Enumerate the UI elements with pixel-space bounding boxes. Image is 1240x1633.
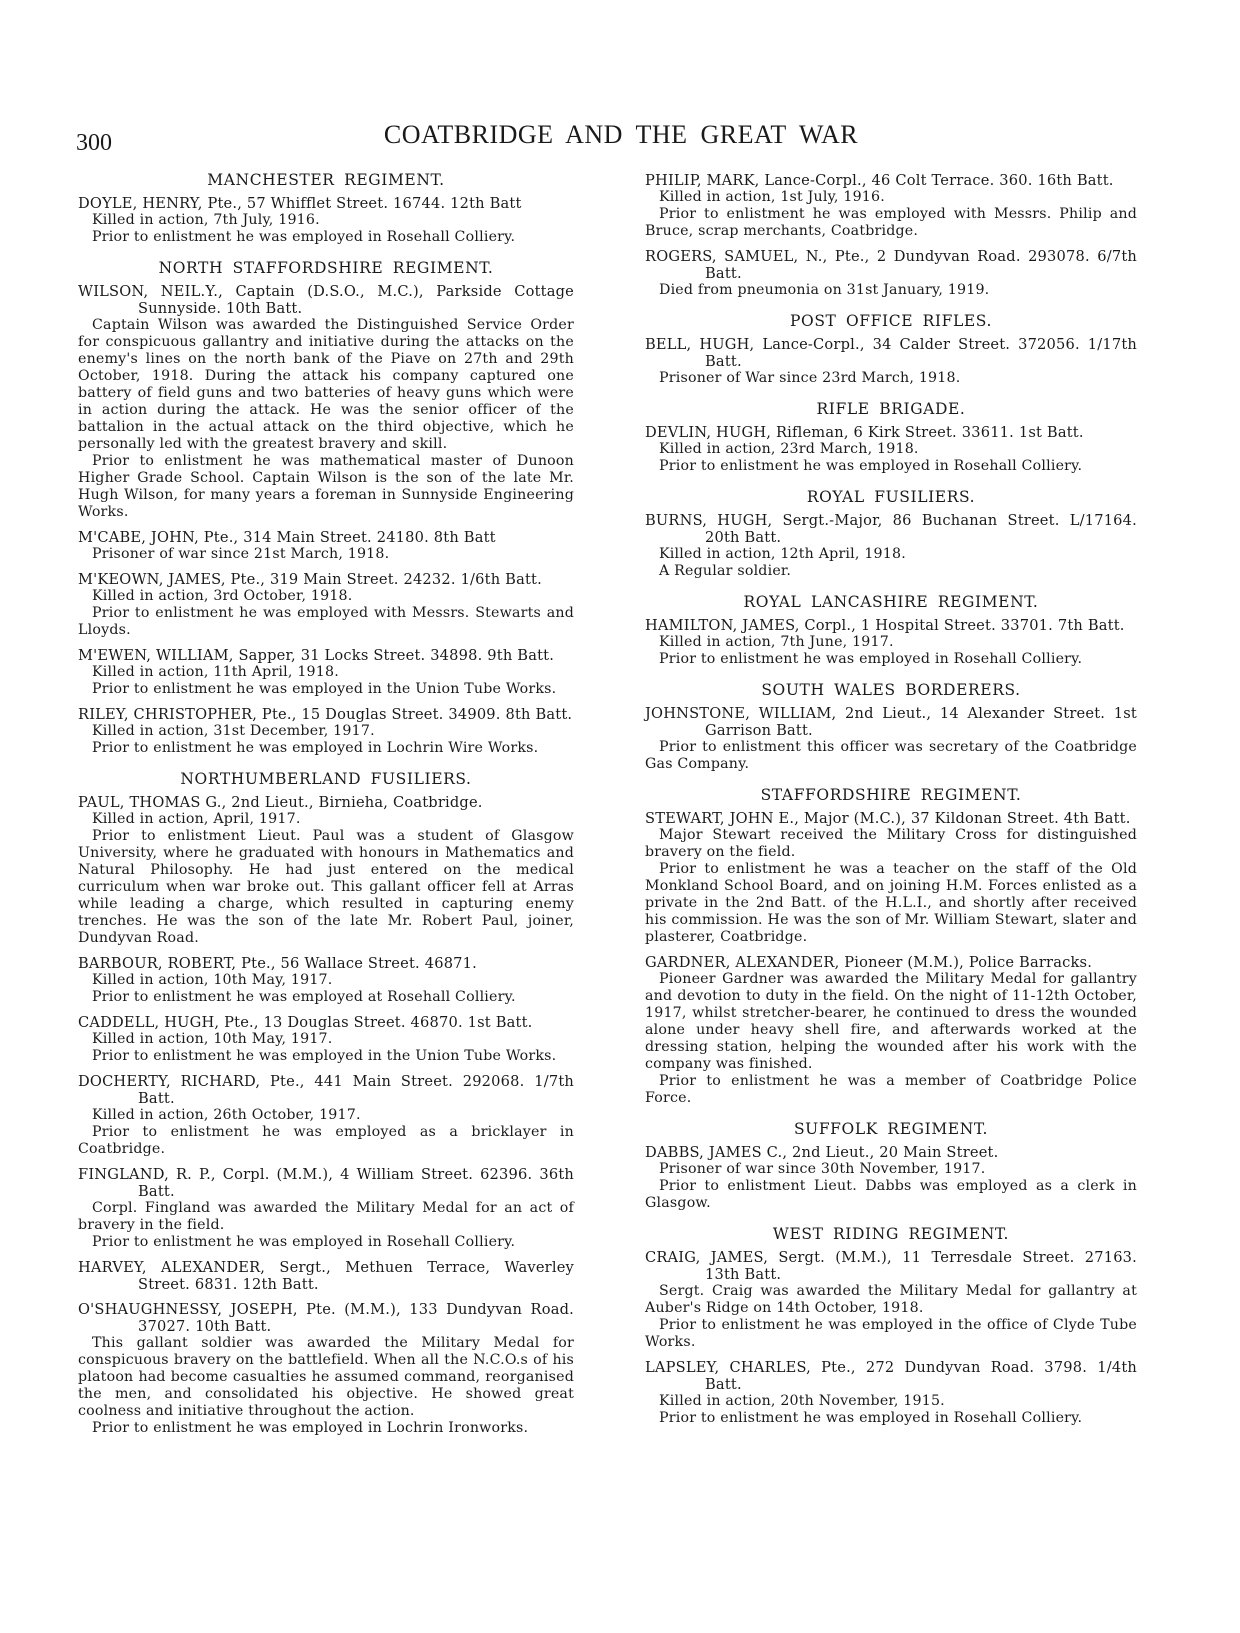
entry-paragraph: Killed in action, 1st July, 1916.: [645, 189, 1137, 206]
entry-paragraph: Prisoner of war since 30th November, 191…: [645, 1161, 1137, 1178]
regiment-heading: SUFFOLK REGIMENT.: [645, 1121, 1137, 1138]
entry-paragraph: Killed in action, April, 1917.: [78, 811, 574, 828]
entry-paragraph: Prior to enlistment he was employed with…: [78, 605, 574, 639]
regiment-heading: WEST RIDING REGIMENT.: [645, 1226, 1137, 1243]
entry-paragraph: Prior to enlistment he was employed at R…: [78, 989, 574, 1006]
entry-heading: LAPSLEY, CHARLES, Pte., 272 Dundyvan Roa…: [645, 1359, 1137, 1393]
entry-paragraph: Prior to enlistment he was employed in t…: [78, 681, 574, 698]
soldier-entry: PAUL, THOMAS G., 2nd Lieut., Birnieha, C…: [78, 794, 574, 947]
entry-paragraph: Prisoner of War since 23rd March, 1918.: [645, 370, 1137, 387]
entry-paragraph: Prior to enlistment he was employed in R…: [645, 651, 1137, 668]
entry-paragraph: Prior to enlistment he was mathematical …: [78, 453, 574, 521]
regiment-section: PHILIP, MARK, Lance-Corpl., 46 Colt Terr…: [645, 172, 1137, 299]
entry-heading: CADDELL, HUGH, Pte., 13 Douglas Street. …: [78, 1014, 574, 1031]
soldier-entry: BELL, HUGH, Lance-Corpl., 34 Calder Stre…: [645, 336, 1137, 387]
soldier-entry: BARBOUR, ROBERT, Pte., 56 Wallace Street…: [78, 955, 574, 1006]
entry-paragraph: Prior to enlistment he was employed with…: [645, 206, 1137, 240]
entry-paragraph: A Regular soldier.: [645, 563, 1137, 580]
soldier-entry: WILSON, NEIL.Y., Captain (D.S.O., M.C.),…: [78, 283, 574, 521]
soldier-entry: HAMILTON, JAMES, Corpl., 1 Hospital Stre…: [645, 617, 1137, 668]
regiment-heading: ROYAL LANCASHIRE REGIMENT.: [645, 594, 1137, 611]
regiment-section: SOUTH WALES BORDERERS.JOHNSTONE, WILLIAM…: [645, 682, 1137, 773]
entry-paragraph: Prior to enlistment he was employed in t…: [645, 1317, 1137, 1351]
entry-paragraph: Killed in action, 3rd October, 1918.: [78, 588, 574, 605]
entry-paragraph: Died from pneumonia on 31st January, 191…: [645, 282, 1137, 299]
regiment-section: NORTHUMBERLAND FUSILIERS.PAUL, THOMAS G.…: [78, 771, 574, 1437]
right-column: PHILIP, MARK, Lance-Corpl., 46 Colt Terr…: [645, 172, 1137, 1435]
regiment-section: ROYAL LANCASHIRE REGIMENT.HAMILTON, JAME…: [645, 594, 1137, 668]
entry-paragraph: Prior to enlistment he was employed in L…: [78, 1420, 574, 1437]
entry-heading: GARDNER, ALEXANDER, Pioneer (M.M.), Poli…: [645, 954, 1137, 971]
regiment-section: WEST RIDING REGIMENT.CRAIG, JAMES, Sergt…: [645, 1226, 1137, 1427]
soldier-entry: RILEY, CHRISTOPHER, Pte., 15 Douglas Str…: [78, 706, 574, 757]
entry-paragraph: Pioneer Gardner was awarded the Military…: [645, 971, 1137, 1073]
page-header: 300 COATBRIDGE AND THE GREAT WAR: [76, 118, 1166, 158]
regiment-heading: NORTH STAFFORDSHIRE REGIMENT.: [78, 260, 574, 277]
entry-heading: STEWART, JOHN E., Major (M.C.), 37 Kildo…: [645, 810, 1137, 827]
regiment-section: MANCHESTER REGIMENT.DOYLE, HENRY, Pte., …: [78, 172, 574, 246]
entry-paragraph: Major Stewart received the Military Cros…: [645, 827, 1137, 861]
regiment-heading: STAFFORDSHIRE REGIMENT.: [645, 787, 1137, 804]
entry-heading: O'SHAUGHNESSY, JOSEPH, Pte. (M.M.), 133 …: [78, 1301, 574, 1335]
soldier-entry: ROGERS, SAMUEL, N., Pte., 2 Dundyvan Roa…: [645, 248, 1137, 299]
soldier-entry: DABBS, JAMES C., 2nd Lieut., 20 Main Str…: [645, 1144, 1137, 1212]
soldier-entry: M'EWEN, WILLIAM, Sapper, 31 Locks Street…: [78, 647, 574, 698]
entry-paragraph: Killed in action, 31st December, 1917.: [78, 723, 574, 740]
entry-heading: WILSON, NEIL.Y., Captain (D.S.O., M.C.),…: [78, 283, 574, 317]
entry-heading: BELL, HUGH, Lance-Corpl., 34 Calder Stre…: [645, 336, 1137, 370]
regiment-section: RIFLE BRIGADE.DEVLIN, HUGH, Rifleman, 6 …: [645, 401, 1137, 475]
entry-paragraph: Prior to enlistment he was employed in R…: [78, 1234, 574, 1251]
soldier-entry: BURNS, HUGH, Sergt.-Major, 86 Buchanan S…: [645, 512, 1137, 580]
entry-heading: PHILIP, MARK, Lance-Corpl., 46 Colt Terr…: [645, 172, 1137, 189]
soldier-entry: DEVLIN, HUGH, Rifleman, 6 Kirk Street. 3…: [645, 424, 1137, 475]
entry-paragraph: Prior to enlistment he was employed in R…: [645, 1410, 1137, 1427]
entry-heading: PAUL, THOMAS G., 2nd Lieut., Birnieha, C…: [78, 794, 574, 811]
entry-paragraph: Killed in action, 26th October, 1917.: [78, 1107, 574, 1124]
entry-paragraph: Killed in action, 12th April, 1918.: [645, 546, 1137, 563]
regiment-section: STAFFORDSHIRE REGIMENT.STEWART, JOHN E.,…: [645, 787, 1137, 1107]
soldier-entry: O'SHAUGHNESSY, JOSEPH, Pte. (M.M.), 133 …: [78, 1301, 574, 1437]
entry-paragraph: Killed in action, 11th April, 1918.: [78, 664, 574, 681]
soldier-entry: FINGLAND, R. P., Corpl. (M.M.), 4 Willia…: [78, 1166, 574, 1251]
running-title: COATBRIDGE AND THE GREAT WAR: [76, 120, 1166, 150]
left-column: MANCHESTER REGIMENT.DOYLE, HENRY, Pte., …: [78, 172, 574, 1445]
entry-paragraph: Killed in action, 20th November, 1915.: [645, 1393, 1137, 1410]
entry-heading: BURNS, HUGH, Sergt.-Major, 86 Buchanan S…: [645, 512, 1137, 546]
regiment-section: POST OFFICE RIFLES.BELL, HUGH, Lance-Cor…: [645, 313, 1137, 387]
regiment-heading: POST OFFICE RIFLES.: [645, 313, 1137, 330]
regiment-heading: NORTHUMBERLAND FUSILIERS.: [78, 771, 574, 788]
soldier-entry: GARDNER, ALEXANDER, Pioneer (M.M.), Poli…: [645, 954, 1137, 1107]
entry-paragraph: Prior to enlistment Lieut. Paul was a st…: [78, 828, 574, 947]
regiment-section: ROYAL FUSILIERS.BURNS, HUGH, Sergt.-Majo…: [645, 489, 1137, 580]
entry-paragraph: Prior to enlistment he was a member of C…: [645, 1073, 1137, 1107]
entry-heading: BARBOUR, ROBERT, Pte., 56 Wallace Street…: [78, 955, 574, 972]
soldier-entry: CRAIG, JAMES, Sergt. (M.M.), 11 Terresda…: [645, 1249, 1137, 1351]
entry-heading: HAMILTON, JAMES, Corpl., 1 Hospital Stre…: [645, 617, 1137, 634]
entry-paragraph: Prior to enlistment he was employed as a…: [78, 1124, 574, 1158]
entry-paragraph: Killed in action, 23rd March, 1918.: [645, 441, 1137, 458]
entry-paragraph: Sergt. Craig was awarded the Military Me…: [645, 1283, 1137, 1317]
entry-paragraph: Prior to enlistment he was employed in R…: [645, 458, 1137, 475]
entry-heading: DEVLIN, HUGH, Rifleman, 6 Kirk Street. 3…: [645, 424, 1137, 441]
entry-heading: JOHNSTONE, WILLIAM, 2nd Lieut., 14 Alexa…: [645, 705, 1137, 739]
entry-paragraph: Captain Wilson was awarded the Distingui…: [78, 317, 574, 453]
entry-heading: M'EWEN, WILLIAM, Sapper, 31 Locks Street…: [78, 647, 574, 664]
entry-heading: FINGLAND, R. P., Corpl. (M.M.), 4 Willia…: [78, 1166, 574, 1200]
soldier-entry: JOHNSTONE, WILLIAM, 2nd Lieut., 14 Alexa…: [645, 705, 1137, 773]
soldier-entry: DOCHERTY, RICHARD, Pte., 441 Main Street…: [78, 1073, 574, 1158]
entry-heading: HARVEY, ALEXANDER, Sergt., Methuen Terra…: [78, 1259, 574, 1293]
soldier-entry: PHILIP, MARK, Lance-Corpl., 46 Colt Terr…: [645, 172, 1137, 240]
entry-heading: DABBS, JAMES C., 2nd Lieut., 20 Main Str…: [645, 1144, 1137, 1161]
entry-heading: ROGERS, SAMUEL, N., Pte., 2 Dundyvan Roa…: [645, 248, 1137, 282]
entry-paragraph: Prisoner of war since 21st March, 1918.: [78, 546, 574, 563]
soldier-entry: STEWART, JOHN E., Major (M.C.), 37 Kildo…: [645, 810, 1137, 946]
soldier-entry: M'KEOWN, JAMES, Pte., 319 Main Street. 2…: [78, 571, 574, 639]
entry-paragraph: Prior to enlistment Lieut. Dabbs was emp…: [645, 1178, 1137, 1212]
entry-heading: DOYLE, HENRY, Pte., 57 Whifflet Street. …: [78, 195, 574, 212]
soldier-entry: HARVEY, ALEXANDER, Sergt., Methuen Terra…: [78, 1259, 574, 1293]
regiment-heading: ROYAL FUSILIERS.: [645, 489, 1137, 506]
entry-heading: CRAIG, JAMES, Sergt. (M.M.), 11 Terresda…: [645, 1249, 1137, 1283]
entry-heading: RILEY, CHRISTOPHER, Pte., 15 Douglas Str…: [78, 706, 574, 723]
regiment-heading: MANCHESTER REGIMENT.: [78, 172, 574, 189]
entry-paragraph: Killed in action, 10th May, 1917.: [78, 972, 574, 989]
soldier-entry: DOYLE, HENRY, Pte., 57 Whifflet Street. …: [78, 195, 574, 246]
entry-paragraph: Killed in action, 7th June, 1917.: [645, 634, 1137, 651]
regiment-heading: SOUTH WALES BORDERERS.: [645, 682, 1137, 699]
regiment-section: SUFFOLK REGIMENT.DABBS, JAMES C., 2nd Li…: [645, 1121, 1137, 1212]
entry-heading: DOCHERTY, RICHARD, Pte., 441 Main Street…: [78, 1073, 574, 1107]
entry-paragraph: Prior to enlistment he was employed in L…: [78, 740, 574, 757]
entry-paragraph: Killed in action, 10th May, 1917.: [78, 1031, 574, 1048]
entry-paragraph: Prior to enlistment this officer was sec…: [645, 739, 1137, 773]
entry-paragraph: Corpl. Fingland was awarded the Military…: [78, 1200, 574, 1234]
regiment-heading: RIFLE BRIGADE.: [645, 401, 1137, 418]
entry-paragraph: Killed in action, 7th July, 1916.: [78, 212, 574, 229]
entry-heading: M'KEOWN, JAMES, Pte., 319 Main Street. 2…: [78, 571, 574, 588]
entry-paragraph: Prior to enlistment he was employed in R…: [78, 229, 574, 246]
entry-paragraph: This gallant soldier was awarded the Mil…: [78, 1335, 574, 1420]
regiment-section: NORTH STAFFORDSHIRE REGIMENT.WILSON, NEI…: [78, 260, 574, 757]
soldier-entry: LAPSLEY, CHARLES, Pte., 272 Dundyvan Roa…: [645, 1359, 1137, 1427]
entry-heading: M'CABE, JOHN, Pte., 314 Main Street. 241…: [78, 529, 574, 546]
entry-paragraph: Prior to enlistment he was a teacher on …: [645, 861, 1137, 946]
soldier-entry: CADDELL, HUGH, Pte., 13 Douglas Street. …: [78, 1014, 574, 1065]
entry-paragraph: Prior to enlistment he was employed in t…: [78, 1048, 574, 1065]
soldier-entry: M'CABE, JOHN, Pte., 314 Main Street. 241…: [78, 529, 574, 563]
